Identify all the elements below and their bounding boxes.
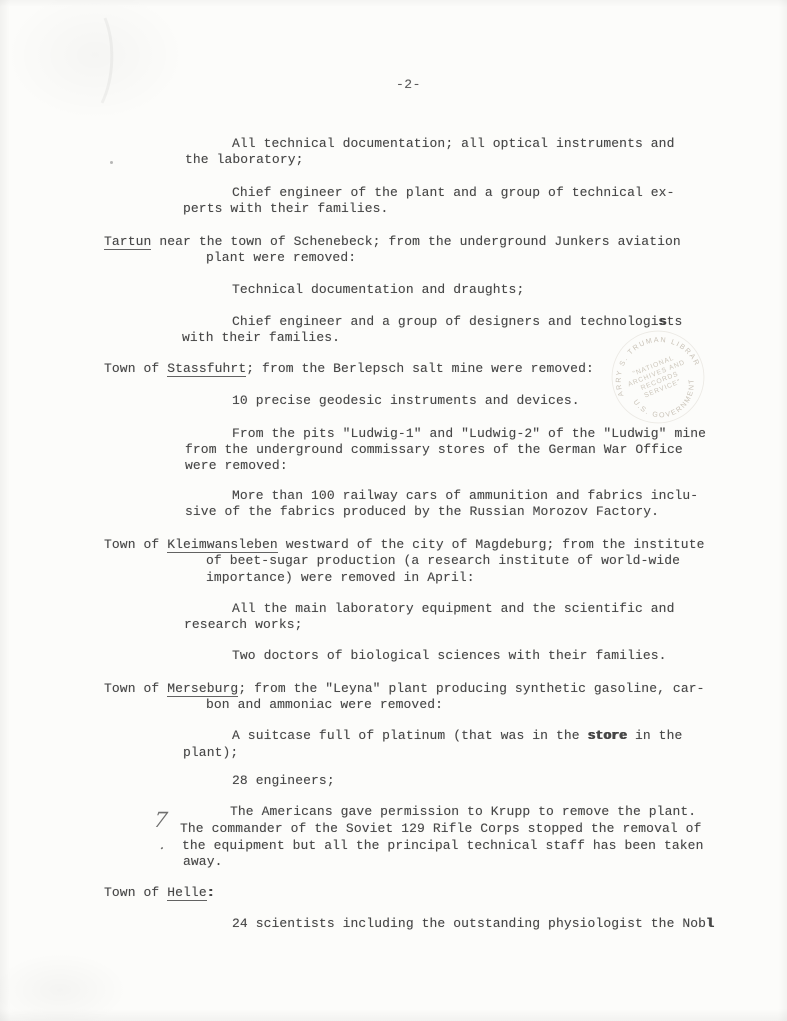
doc-line: Chief engineer and a group of designers … (232, 314, 682, 330)
town-heading-tartun: Tartun near the town of Schenebeck; from… (104, 234, 681, 250)
page-number: -2- (396, 77, 421, 92)
town-heading-kleimwansleben: Town of Kleimwansleben westward of the c… (104, 537, 705, 553)
text-run: from the underground commissary stores o… (185, 442, 683, 457)
doc-line: of beet-sugar production (a research ins… (206, 553, 680, 569)
text-run: of beet-sugar production (a research ins… (206, 553, 680, 568)
doc-line: The commander of the Soviet 129 Rifle Co… (180, 821, 701, 837)
doc-line: plant were removed: (206, 250, 356, 266)
text-run: Town of (104, 885, 167, 900)
overstruck-text: : (207, 885, 215, 900)
text-run: with their families. (182, 330, 340, 345)
doc-line: All the main laboratory equipment and th… (232, 601, 674, 617)
town-name-underlined: Tartun (104, 234, 151, 250)
doc-line: 24 scientists including the outstanding … (232, 916, 714, 932)
doc-line: the equipment but all the principal tech… (182, 838, 703, 854)
doc-line: Chief engineer of the plant and a group … (232, 185, 674, 201)
text-run: away. (183, 854, 223, 869)
town-name-underlined: Kleimwansleben (167, 537, 278, 553)
doc-line: 10 precise geodesic instruments and devi… (232, 393, 580, 409)
doc-line: research works; (184, 617, 303, 633)
doc-line: Two doctors of biological sciences with … (232, 648, 667, 664)
doc-line: plant); (183, 745, 238, 761)
text-run: perts with their families. (183, 201, 388, 216)
text-run: were removed: (185, 458, 288, 473)
doc-line: The Americans gave permission to Krupp t… (230, 804, 696, 820)
overstruck-text: store (588, 728, 628, 743)
scan-speck (110, 161, 113, 164)
text-run: More than 100 railway cars of ammunition… (232, 488, 698, 503)
text-run: in the (627, 728, 682, 743)
text-run: Two doctors of biological sciences with … (232, 648, 667, 663)
town-name-underlined: Helle (167, 885, 207, 901)
town-heading-helle: Town of Helle: (104, 885, 215, 901)
archive-stamp: HARRY S. TRUMAN LIBRARY U.S. GOVERNMENT … (594, 313, 722, 441)
handwritten-margin-dot: . (159, 834, 167, 853)
doc-line: sive of the fabrics produced by the Russ… (185, 504, 659, 520)
town-name-underlined: Merseburg (167, 681, 238, 697)
town-name-underlined: Stassfuhrt (167, 361, 246, 377)
text-run: All technical documentation; all optical… (232, 136, 674, 151)
text-run: ; from the Berlepsch salt mine were remo… (246, 361, 594, 376)
text-run: Town of (104, 361, 167, 376)
text-run: research works; (184, 617, 303, 632)
doc-line: 28 engineers; (232, 773, 335, 789)
doc-line: away. (183, 854, 223, 870)
text-run: Town of (104, 681, 167, 696)
text-run: Chief engineer and a group of designers … (232, 314, 659, 329)
text-run: The commander of the Soviet 129 Rifle Co… (180, 821, 701, 836)
doc-line: with their families. (182, 330, 340, 346)
text-run: Town of (104, 537, 167, 552)
doc-line: from the underground commissary stores o… (185, 442, 683, 458)
text-run: bon and ammoniac were removed: (206, 697, 443, 712)
text-run: the equipment but all the principal tech… (182, 838, 703, 853)
doc-line: A suitcase full of platinum (that was in… (232, 728, 682, 744)
doc-line: All technical documentation; all optical… (232, 136, 674, 152)
text-run: sive of the fabrics produced by the Russ… (185, 504, 659, 519)
scan-crease-mark (80, 8, 140, 118)
text-run: 10 precise geodesic instruments and devi… (232, 393, 580, 408)
text-run: 28 engineers; (232, 773, 335, 788)
doc-line: perts with their families. (183, 201, 388, 217)
town-heading-stassfuhrt: Town of Stassfuhrt; from the Berlepsch s… (104, 361, 594, 377)
text-run: All the main laboratory equipment and th… (232, 601, 674, 616)
text-run: Technical documentation and draughts; (232, 282, 524, 297)
text-run: plant were removed: (206, 250, 356, 265)
document-page: -2- All technical documentation; all opt… (0, 0, 787, 1021)
text-run: A suitcase full of platinum (that was in… (232, 728, 588, 743)
doc-line: were removed: (185, 458, 288, 474)
doc-line: importance) were removed in April: (206, 570, 475, 586)
doc-line: the laboratory; (185, 152, 304, 168)
doc-line: More than 100 railway cars of ammunition… (232, 488, 698, 504)
text-run: The Americans gave permission to Krupp t… (230, 804, 696, 819)
text-run: 24 scientists including the outstanding … (232, 916, 706, 931)
text-run: the laboratory; (185, 152, 304, 167)
town-heading-merseburg: Town of Merseburg; from the "Leyna" plan… (104, 681, 705, 697)
overstruck-text: l (706, 916, 714, 931)
text-run: importance) were removed in April: (206, 570, 475, 585)
text-run: plant); (183, 745, 238, 760)
text-run: ; from the "Leyna" plant producing synth… (238, 681, 704, 696)
text-run: westward of the city of Magdeburg; from … (278, 537, 705, 552)
doc-line: Technical documentation and draughts; (232, 282, 524, 298)
doc-line: bon and ammoniac were removed: (206, 697, 443, 713)
handwritten-margin-mark: 7 (152, 808, 169, 832)
text-run: Chief engineer of the plant and a group … (232, 185, 674, 200)
text-run: near the town of Schenebeck; from the un… (151, 234, 680, 249)
